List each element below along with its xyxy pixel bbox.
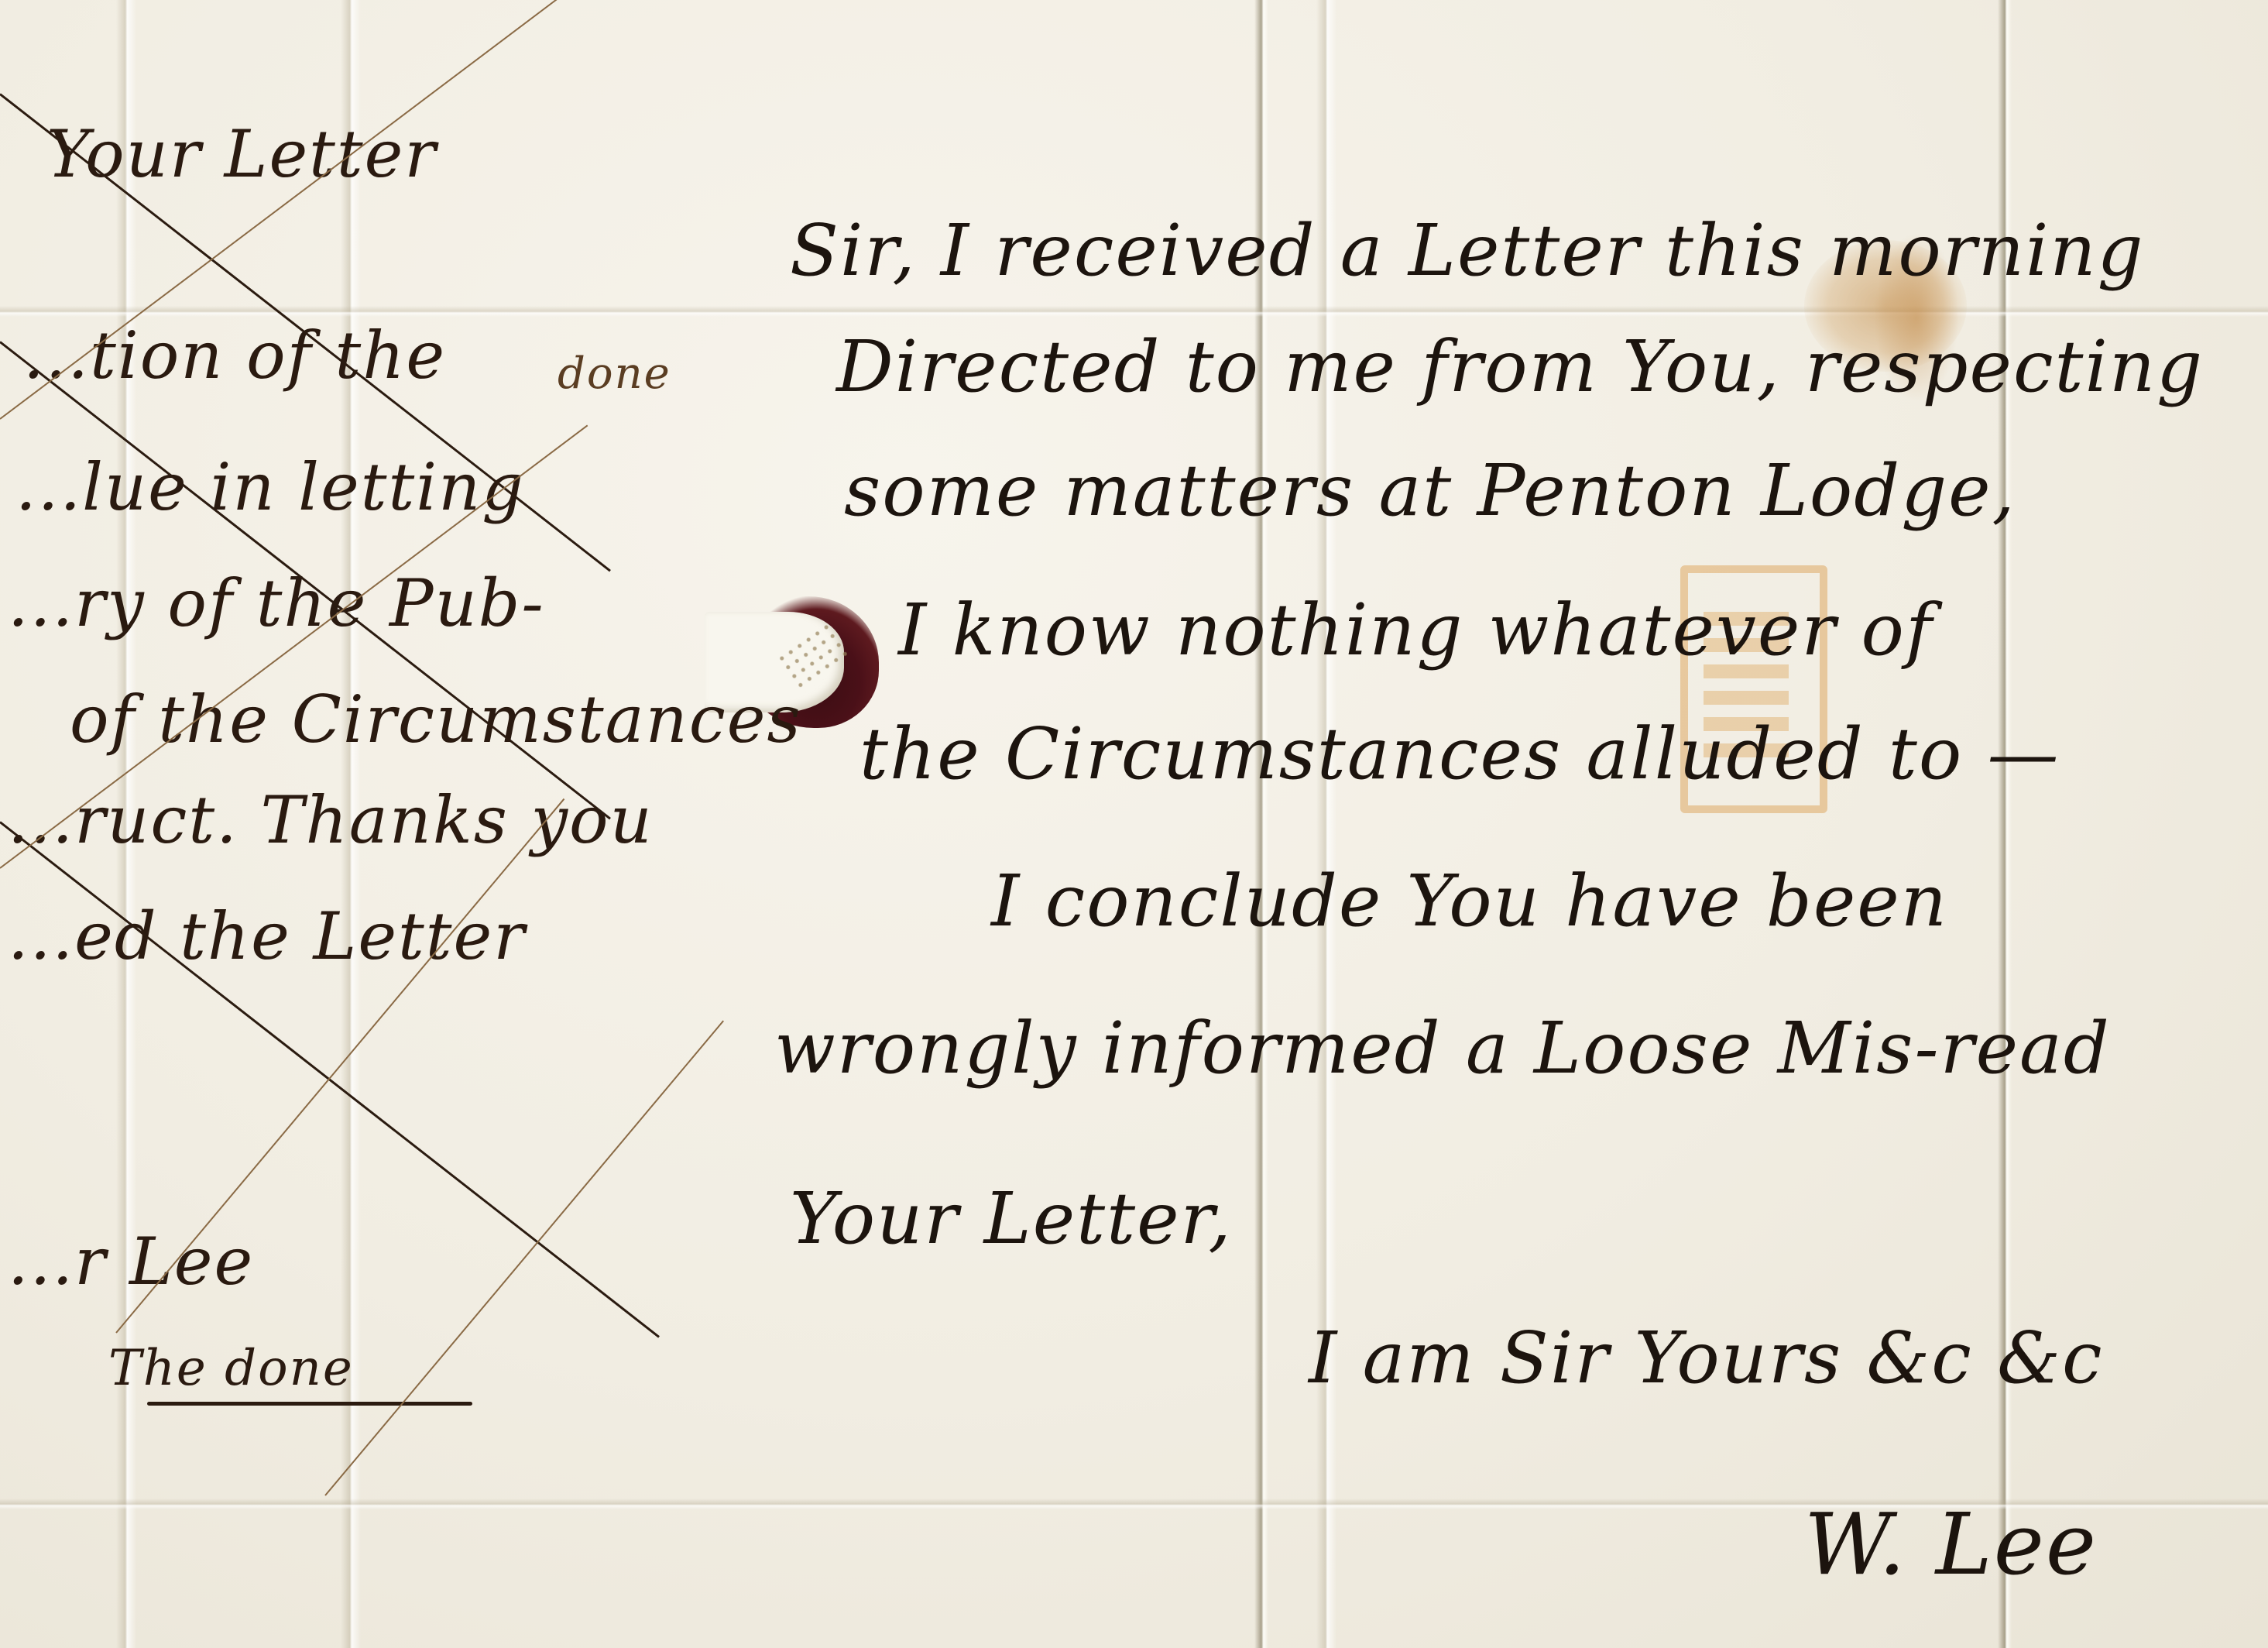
draft-line: ...ruct. Thanks you xyxy=(8,782,654,858)
draft-line: ...tion of the xyxy=(23,318,446,393)
letter-line: Your Letter, xyxy=(790,1177,1233,1260)
letter-line: the Circumstances alluded to — xyxy=(860,712,2060,795)
letter-closing: I am Sir Yours &c &c xyxy=(1309,1317,2103,1399)
letter-line: I conclude You have been xyxy=(991,860,1948,942)
draft-line: Your Letter xyxy=(46,116,437,192)
letter-sheet: Your Letter ...tion of the done ...lue i… xyxy=(0,0,2268,1648)
draft-line: ...r Lee xyxy=(8,1224,254,1300)
letter-line: some matters at Penton Lodge, xyxy=(844,449,2016,532)
draft-line: done xyxy=(558,348,671,399)
draft-line: ...ry of the Pub- xyxy=(8,565,545,641)
signature: W. Lee xyxy=(1804,1495,2098,1594)
draft-line: ...lue in letting xyxy=(15,449,525,525)
letter-line: Directed to me from You, respecting xyxy=(836,325,2204,408)
underline-stroke xyxy=(147,1402,472,1406)
draft-line: The done xyxy=(108,1340,354,1397)
letter-line: Sir, I received a Letter this morning xyxy=(790,209,2145,292)
letter-line: wrongly informed a Loose Mis-read xyxy=(774,1007,2111,1090)
letter-line: I know nothing whatever of xyxy=(898,589,1933,671)
strike-through-line xyxy=(324,1021,724,1496)
draft-line: of the Circumstances xyxy=(70,682,802,757)
